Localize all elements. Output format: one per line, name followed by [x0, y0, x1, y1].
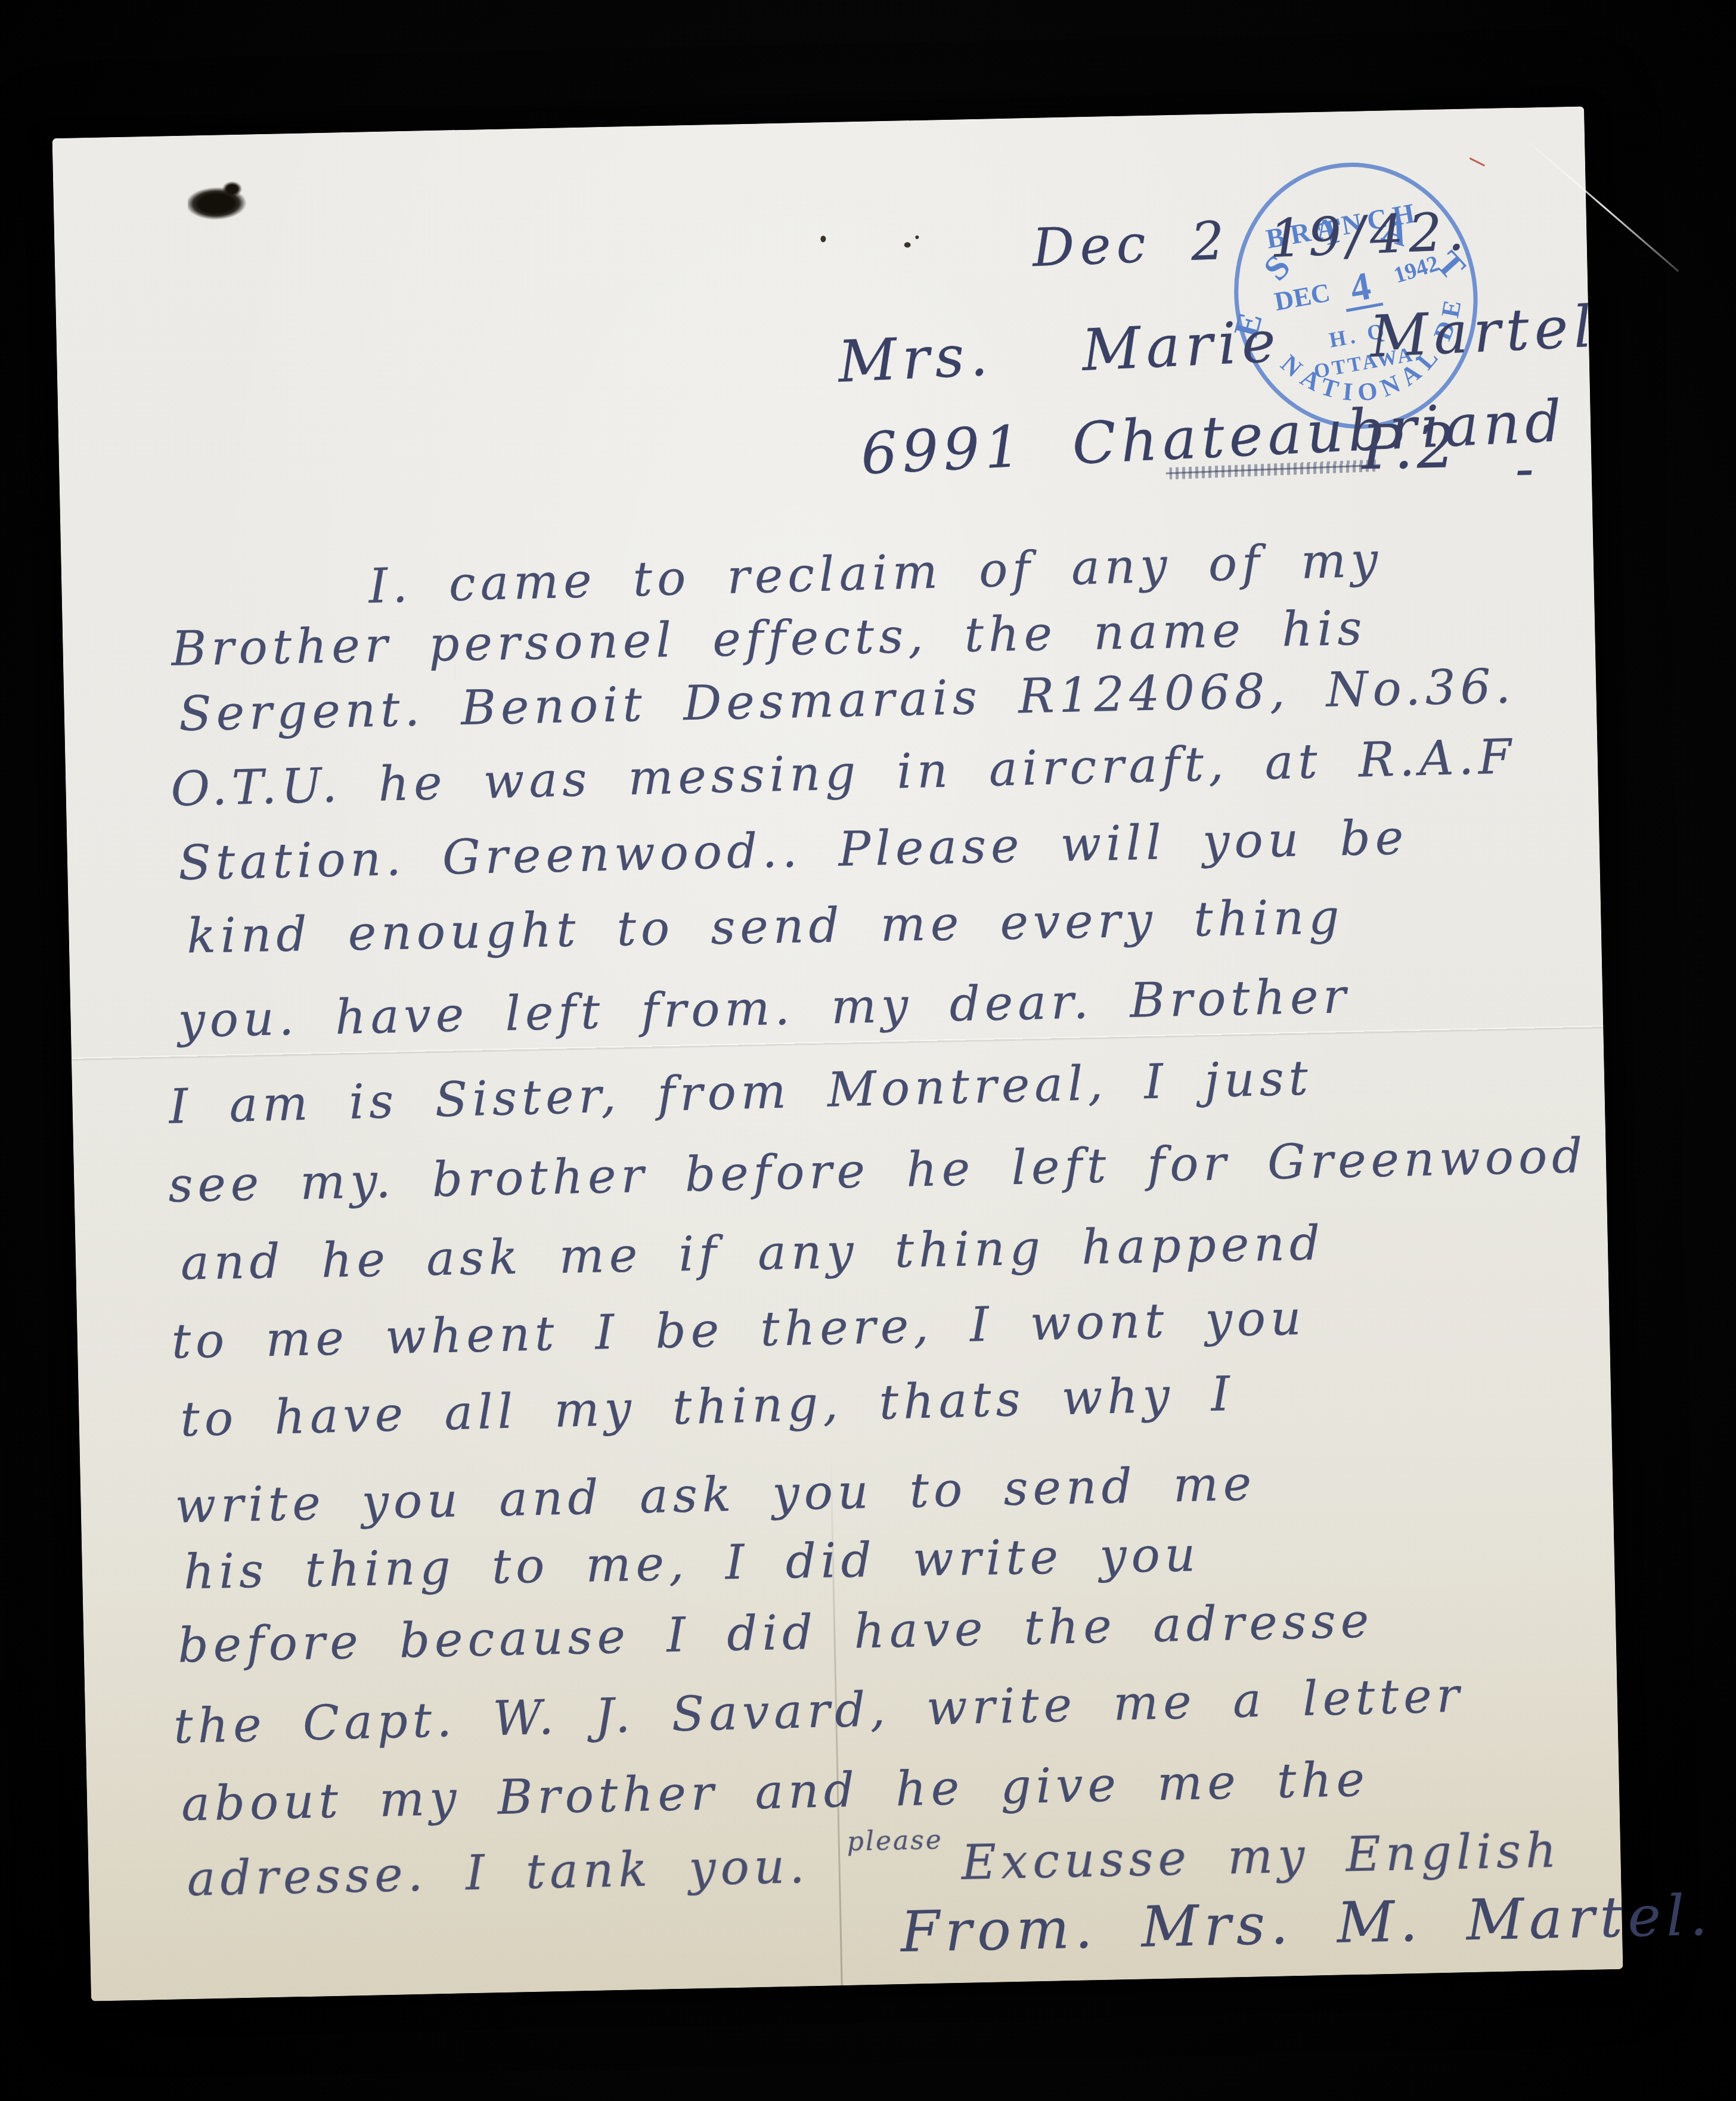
body-line: I am is Sister, from Montreal, I just — [169, 1054, 1313, 1131]
body-line: kind enought to send me every thing — [187, 893, 1344, 960]
page-note-dash: - — [1515, 441, 1534, 497]
body-line: Station. Greenwood.. Please will you be — [178, 814, 1409, 887]
body-line: about my Brother and he give me the — [181, 1756, 1369, 1829]
signature-line: From. Mrs. M. Martel. - — [900, 1886, 1736, 1961]
page-note: P.2 — [1361, 416, 1459, 479]
body-line: write you and ask you to send me — [175, 1459, 1257, 1530]
paper-fiber-thread — [1529, 142, 1679, 272]
paper-speck — [820, 235, 826, 242]
paper-speck — [904, 242, 911, 247]
body-line: Brother personel effects, the name his — [171, 605, 1367, 673]
body-line: the Capt. W. J. Savard, write me a lette… — [173, 1671, 1464, 1750]
body-line: Sergent. Benoit Desmarais R124068, No.36… — [178, 662, 1516, 738]
body-line: his thing to me, I did write you — [183, 1530, 1201, 1596]
paper-hole — [187, 185, 251, 222]
body-line: O.T.U. he was messing in aircraft, at R.… — [170, 733, 1517, 813]
body-line: I. came to reclaim of any of my — [368, 536, 1383, 611]
body-line: you. have left from. my dear. Brother — [178, 972, 1351, 1045]
body-line: to have all my thing, thats why I — [180, 1370, 1235, 1443]
letter-paper: ESTATES NATIONAL DEFENCE BRANCH DEC 4 19… — [52, 106, 1623, 2001]
paper-speck — [915, 235, 919, 239]
closing-text-c: Excusse my English — [961, 1827, 1562, 1887]
closing-text-a: adresse. — [187, 1851, 428, 1903]
closing-text-b: I tank you. — [465, 1842, 810, 1897]
scan-background: { "colors": { "paper": "#e9e8e3", "ink":… — [0, 0, 1736, 2101]
letter-date: Dec 2 19/42. — [1031, 205, 1470, 274]
body-line: and he ask me if any thing happend — [180, 1219, 1325, 1287]
body-line: to me whent I be there, I wont you — [171, 1294, 1306, 1366]
body-line: see my. brother before he left for Green… — [168, 1132, 1588, 1210]
body-line: before because I did have the adresse — [178, 1597, 1374, 1669]
interlinear-note: please — [847, 1827, 943, 1855]
